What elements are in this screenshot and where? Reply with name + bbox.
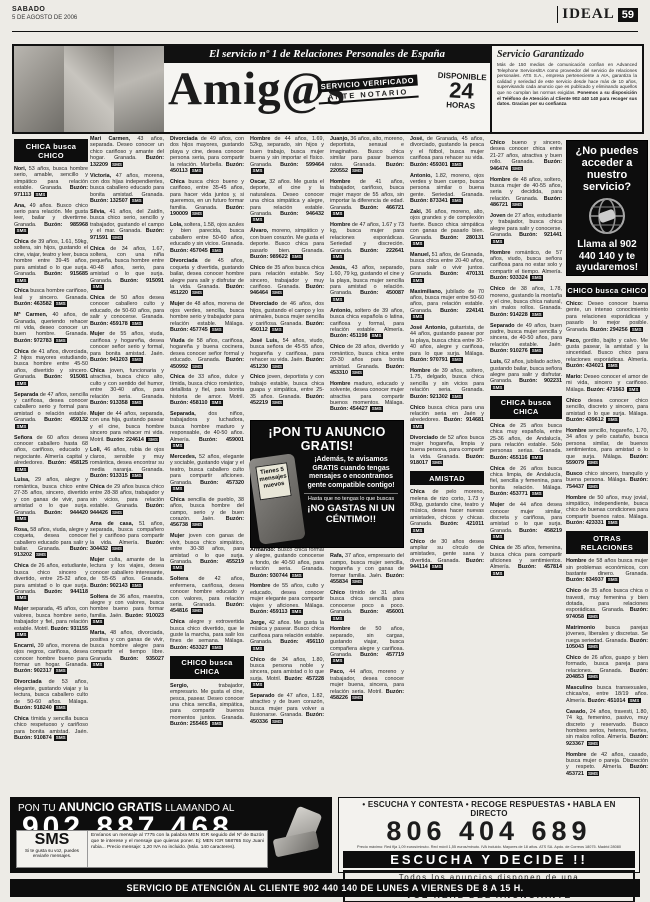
sms-badge: SMS [511, 166, 524, 172]
sms-badge: SMS [270, 327, 283, 333]
classified-ad: Chica de 26 años, estudiante, busca chic… [14, 563, 88, 601]
classified-ad: Juanjo, 36 años, alto, moreno, deportist… [330, 136, 404, 174]
classified-ad: Mujer de 55 años, viuda, cariñosa y hoga… [90, 331, 164, 363]
sms-badge: SMS [450, 394, 463, 400]
classified-ad: Hombre de 48 años, soltero, busca mujer … [490, 177, 562, 209]
sms-badge: SMS [130, 321, 143, 327]
classified-ad: Lola, soltera, 1.58, ojos azules y bien … [170, 222, 244, 254]
classified-ad: Ama de casa, 51 años, separada, busca co… [90, 521, 164, 553]
classified-ad: Loli, 46 años, rubia de ojos claros, sen… [90, 447, 164, 479]
classified-ad: Divorciado de 52 años busca mujer hogare… [410, 435, 484, 467]
classified-ad: Victoria, 47 años, morena, con dos hijas… [90, 173, 164, 205]
section-header: OTRAS RELACIONES [566, 531, 648, 554]
sms-badge: SMS [491, 534, 504, 540]
classified-ad: Mª Carmen, 40 años, de Granada, queriend… [14, 312, 88, 344]
sms-badge: SMS [511, 202, 524, 208]
classified-ad: Luisa, 29 años, alegre y romántica, busc… [14, 477, 88, 522]
classified-ad: Álvaro, moreno, simpático y con buen cor… [250, 228, 324, 260]
sms-badge: SMS [210, 327, 223, 333]
classified-ad: Divorciada de 45 años, coqueta y diverti… [170, 258, 244, 296]
sms-badge: SMS [251, 646, 264, 652]
classified-ad: Mujer de 44 años, separada, con una hija… [90, 411, 164, 443]
sms-badge: SMS [15, 595, 28, 601]
sms-badge: SMS [630, 327, 643, 333]
classified-ad: Chica de 41 años, divorciada, 2 hijos ma… [14, 349, 88, 387]
classified-ad: Rosa, 58 años, viuda, alegre y coqueta, … [14, 527, 88, 559]
section-header: CHICO busca CHICO [566, 283, 648, 297]
classified-ad: Chica de 35 años, femenina, busca chica … [490, 545, 562, 577]
sms-badge: SMS [15, 381, 28, 387]
classified-ad: Mujer de 44 años desea conocer mujer sim… [490, 502, 562, 540]
classified-ad: Chico bueno y sincero, desea conocer chi… [490, 140, 562, 172]
sms-badge: SMS [271, 290, 284, 296]
listen-line-phone-number: 806 404 689 [343, 818, 635, 844]
classified-ad: Hombre de 42 años, casado, busca mujer o… [566, 752, 648, 778]
free-ad-promo-text: ¡Además, te avisamos GRATIS cuando tenga… [304, 456, 398, 490]
classified-ad: Chica tímida y sencilla busca chico resp… [14, 716, 88, 742]
sms-badge: SMS [587, 614, 600, 620]
classified-ad: Mario: Deseo conocer el amor de mi vida,… [566, 374, 648, 393]
sms-badge: SMS [210, 248, 223, 254]
sms-badge: SMS [191, 364, 204, 370]
classified-ad: Manuel, 51 años, de Granada, busca chica… [410, 252, 484, 284]
sms-badge: SMS [15, 278, 28, 284]
classified-ad: Chico de 30 años desea ampliar su círcul… [410, 539, 484, 571]
classified-ad: Masculino busca transexuales, chicas/os,… [566, 685, 648, 704]
sms-badge: SMS [411, 278, 424, 284]
sms-badge: SMS [171, 486, 184, 492]
classified-ad: Chica de 29 años busca chico entre 28-38… [90, 484, 164, 516]
sms-badge: SMS [54, 735, 67, 741]
classified-ad: Mercedes, 52 años, elegante y sociable, … [170, 454, 244, 492]
sms-badge: SMS [54, 338, 67, 344]
classified-ad: Casado, 24 años, travesti, 1.80, 74 kg, … [566, 709, 648, 747]
sms-badge: SMS [351, 168, 364, 174]
listen-line-banner: • ESCUCHA Y CONTESTA • RECOGE RESPUESTAS… [338, 797, 640, 873]
sms-badge: SMS [331, 616, 344, 622]
no-access-question: ¿No puedes acceder a nuestro servicio? [570, 145, 644, 193]
sms-badge: SMS [411, 314, 424, 320]
sms-badge: SMS [606, 577, 619, 583]
sms-badge: SMS [35, 552, 48, 558]
sms-badge: SMS [15, 424, 28, 430]
sms-badge: SMS [130, 583, 143, 589]
classified-ad: Mujer culta, amante de la lectura y los … [90, 557, 164, 589]
classified-ad: Divorciada de 49 años, con dos hijos may… [170, 136, 244, 174]
sms-badge: SMS [271, 719, 284, 725]
sms-badge: SMS [251, 682, 264, 688]
sms-badge: SMS [91, 619, 104, 625]
classified-ad: Hombre de 58 años busca mujer sin proble… [566, 558, 648, 584]
classified-ad: Hombre de 55 años, culto y educado, dese… [250, 583, 324, 615]
sms-badge: SMS [411, 241, 424, 247]
sms-badge: SMS [587, 460, 600, 466]
sms-badge: SMS [606, 417, 619, 423]
sms-badge: SMS [54, 301, 67, 307]
classified-ad: Chico busca chica para una relación seri… [410, 405, 484, 431]
classified-ad: Chico joven, deportista y con trabajo es… [250, 374, 324, 406]
sms-badge: SMS [210, 721, 223, 727]
mobile-phone-icon: Tienes 5 mensajes nuevos [248, 453, 306, 545]
no-cost-text: ¡NO GASTAS NI UN CÉNTIMO!! [304, 503, 398, 525]
classified-ad: Busco chico sincero, tranquilo y buena p… [566, 471, 648, 490]
sms-badge: SMS [130, 357, 143, 363]
classified-ad: Mujer separada, 45 años, con valores, bu… [14, 606, 88, 638]
sms-badge: SMS [130, 400, 143, 406]
sms-badge: SMS [587, 674, 600, 680]
classified-ad: Hombre de 50 años, muy jovial, simpático… [566, 495, 648, 527]
classified-ad: Chica busca hombre cariñoso, leal y sinc… [14, 288, 88, 307]
sms-badge: SMS [191, 522, 204, 528]
classified-ad: Chico de 35 años busca chica para relaci… [250, 265, 324, 297]
classified-ad: José Antonio, guitarrista, de 44 años, g… [410, 325, 484, 363]
place-ad-banner: PON TU ANUNCIO GRATIS LLAMANDO AL 902 88… [10, 797, 332, 873]
ads-column-6: José, de Granada, 45 años, divorciado, g… [410, 136, 484, 794]
classified-ad: Encarni, 39 años, morena de ojos negros,… [14, 643, 88, 675]
sms-badge: SMS [351, 370, 364, 376]
sms-badge: SMS [530, 275, 543, 281]
sms-badge: SMS [15, 632, 28, 638]
classified-ad: Chico de 26 años, guapo y bien formado, … [566, 655, 648, 681]
sms-sublabel: Si te gusta su voz, puedes enviarle mens… [17, 847, 87, 860]
classified-ad: José, de Granada, 45 años, divorciado, g… [410, 136, 484, 168]
sms-badge: SMS [370, 333, 383, 339]
classified-ad: Chica busca chico bueno y cariñoso, entr… [170, 179, 244, 217]
classified-ad: Chica de 25 años busca chica muy español… [490, 423, 562, 461]
classified-ad: Mujer de 48 años, morena de ojos verdes,… [170, 301, 244, 333]
sms-badge: SMS [271, 400, 284, 406]
classified-ad: Chica joven, funcionaria y atractiva, bu… [90, 368, 164, 406]
classified-ad: Divorciada de 53 años, elegante, gustand… [14, 679, 88, 711]
sms-badge: SMS [130, 198, 143, 204]
classified-ad: Chica de 50 años desea conocer caballero… [90, 295, 164, 327]
phone-screen-message: Tienes 5 mensajes nuevos [255, 462, 291, 500]
sms-badge: SMS [431, 460, 444, 466]
sms-badge: SMS [587, 771, 600, 777]
sms-badge: SMS [628, 698, 641, 704]
sms-badge: SMS [111, 162, 124, 168]
classified-ad: Chica de 34 años, 1.67, soltera, con una… [90, 246, 164, 291]
sms-badge: SMS [111, 546, 124, 552]
classified-ad: Chica sencilla de pueblo, 38 años, busca… [170, 497, 244, 529]
customer-service-bar: SERVICIO DE ATENCIÓN AL CLIENTE 902 440 … [10, 879, 640, 897]
no-access-cta: Llama al 902 440 140 y te ayudaremos! [570, 239, 644, 274]
sms-badge: SMS [54, 705, 67, 711]
classified-ad: Marta, 48 años, divorciada, positiva y c… [90, 630, 164, 668]
newspaper-page: SABADO 5 DE AGOSTO DE 2006 IDEAL 59 El s… [0, 0, 650, 902]
classified-ad: Antonio, 1.82, moreno, ojos verdes y bue… [410, 173, 484, 205]
section-header: CHICO busca CHICA [170, 656, 244, 679]
classified-ad: Chica de pelo moreno, melena de rizo cor… [410, 489, 484, 534]
classified-ad: Chico de 28 años, divertido y romántico,… [330, 344, 404, 376]
classified-ad: Viuda de 58 años, cariñosa, hogareña y b… [170, 338, 244, 370]
classified-ad: Chica de 33 años, dulce y tímida, busca … [170, 374, 244, 406]
classified-ad: Sergio, trabajador, empresario. Me gusta… [170, 683, 244, 728]
sms-badge: SMS [271, 364, 284, 370]
ads-column-2: Mari Carmen, 43 años, separada. Deseo co… [90, 136, 164, 794]
sms-badge: SMS [351, 579, 364, 585]
sms-badge: SMS [530, 348, 543, 354]
classified-ad: Armando: Busco chica formal y alegre, gu… [250, 547, 324, 579]
sms-label: SMS [17, 832, 87, 847]
classified-ad: Separada, dos niños, trabajadora y lucha… [170, 411, 244, 449]
classified-ad: Paco, 44 años, moreno y trabajador, dese… [330, 669, 404, 701]
classified-ad: Soltera de 42 años, enfermera, cariñosa,… [170, 576, 244, 614]
classified-ad: Rafa, 37 años, empresario del campo, bus… [330, 553, 404, 585]
sms-badge: SMS [606, 363, 619, 369]
sms-badge: SMS [331, 254, 344, 260]
sms-badge: SMS [111, 235, 124, 241]
sms-badge: SMS [290, 254, 303, 260]
sms-badge: SMS [331, 658, 344, 664]
sms-badge: SMS [411, 528, 424, 534]
classified-ad: Hombre de 44 años, 1.69, 52kg, separado,… [250, 136, 324, 174]
sms-badge: SMS [290, 609, 303, 615]
classified-ad: Chico de 34 años, 1.80, busca persona no… [250, 657, 324, 689]
sms-badge: SMS [491, 385, 504, 391]
classified-ad: Hombre de 39 años, soltero, 1.75, delgad… [410, 368, 484, 400]
sms-badge: SMS [34, 192, 47, 198]
classified-ad: Señora de 60 años desea conocer caballer… [14, 435, 88, 473]
sms-badge: SMS [530, 491, 543, 497]
sms-badge: SMS [450, 198, 463, 204]
classified-ad: Jesús, 43 años, separado, 1.60, 79 kg, g… [330, 265, 404, 303]
sms-badge: SMS [290, 573, 303, 579]
sms-badge: SMS [450, 357, 463, 363]
sms-badge: SMS [210, 400, 223, 406]
section-header: CHICA busca CHICO [14, 139, 88, 162]
classified-ad: Chica alegre y extrovertida busca chico … [170, 619, 244, 651]
classified-ad: Chico de 38 años, 1.78, moreno, gustando… [490, 286, 562, 318]
sms-badge: SMS [530, 312, 543, 318]
section-header: AMISTAD [410, 471, 484, 485]
sms-badge: SMS [491, 239, 504, 245]
sms-instructions: Envíanos un mensaje al 7775 con la palab… [88, 831, 267, 867]
sms-badge: SMS [15, 516, 28, 522]
classified-ad: Hombre de 41 años, trabajador, cariñoso,… [330, 179, 404, 217]
classified-ad: Separado de 47 años, 1.82, atractivo y d… [250, 693, 324, 725]
ads-column-7: Chico bueno y sincero, desea conocer chi… [490, 140, 562, 794]
classified-ad: Matrimonio busca parejas jóvenes, libera… [566, 625, 648, 651]
sms-badge: SMS [491, 571, 504, 577]
classified-ad: Maximiliano, jubilado de 70 años, busca … [410, 289, 484, 321]
classified-ad: Hombre romántico, de 57 años, viudo, bus… [490, 250, 562, 282]
classified-ad: Ana, 49 años. Busco chico serio para rel… [14, 203, 88, 235]
sms-badge: SMS [430, 564, 443, 570]
classified-ad: Chico desea conocer chico sencillo, disc… [566, 398, 648, 424]
sms-badge: SMS [331, 211, 344, 217]
sms-badge: SMS [587, 741, 600, 747]
free-ad-promo: ¡PON TU ANUNCIO GRATIS! Tienes 5 mensaje… [250, 420, 404, 548]
ads-column-1: CHICA busca CHICONori, 53 años, busca ho… [14, 136, 88, 794]
sms-badge: SMS [54, 668, 67, 674]
sms-badge: SMS [530, 455, 543, 461]
sms-info-box: SMS Si te gusta su voz, puedes enviarle … [16, 830, 268, 868]
sms-badge: SMS [370, 406, 383, 412]
sms-badge: SMS [191, 211, 204, 217]
free-ad-tagline: Hasta que no tengas lo que buscas [304, 493, 398, 502]
classified-ad: Paco, gordito, bajito y calvo. Me gusta … [566, 338, 648, 370]
sms-badge: SMS [15, 467, 28, 473]
sms-badge: SMS [91, 662, 104, 668]
sms-badge: SMS [191, 608, 204, 614]
sms-badge: SMS [606, 520, 619, 526]
sms-badge: SMS [450, 162, 463, 168]
classified-ad: Chico tímido de 31 años busca chica senc… [330, 590, 404, 622]
classified-ad: Luis, 62 años, jubilado activo, gustando… [490, 359, 562, 391]
sms-badge: SMS [191, 290, 204, 296]
classified-ad: Hombre maduro, educado y solvente, desea… [330, 381, 404, 413]
pricing-fine-print: Precio máximo: Red fija 1,09 euros/minut… [343, 845, 635, 849]
sms-badge: SMS [146, 437, 159, 443]
classified-ad: Chico de 35 años busca chica o travesti,… [566, 588, 648, 620]
flip-phone-icon [272, 809, 324, 865]
classified-ad: Soltera de 36 años, maestra, alegre y co… [90, 594, 164, 626]
classified-ad: Nori, 53 años, busca hombre serio, amabl… [14, 166, 88, 198]
classified-ad: Chico: Deseo conocer buena gente, un int… [566, 301, 648, 333]
sms-badge: SMS [171, 443, 184, 449]
classified-ad: Divorciado de 46 años, dos hijos, gustan… [250, 301, 324, 333]
sms-badge: SMS [111, 510, 124, 516]
sms-badge: SMS [587, 484, 600, 490]
sms-badge: SMS [15, 228, 28, 234]
classified-ad: Mari Carmen, 43 años, separada. Deseo co… [90, 136, 164, 168]
sms-badge: SMS [91, 284, 104, 290]
ads-column-3: Divorciada de 49 años, con dos hijos may… [170, 136, 244, 794]
classified-ad: Mujer joven con ganas de vivir, busca ch… [170, 533, 244, 571]
classified-ad: Hombre de 47 años, 1.67 y 73 kg, busca m… [330, 222, 404, 260]
sms-badge: SMS [331, 297, 344, 303]
sms-badge: SMS [130, 473, 143, 479]
listen-decide-bar: ESCUCHA Y DECIDE !! [343, 851, 635, 868]
sms-badge: SMS [251, 217, 264, 223]
section-header: CHICA busca CHICA [490, 396, 562, 419]
sms-badge: SMS [251, 168, 264, 174]
sms-badge: SMS [587, 644, 600, 650]
sms-badge: SMS [627, 387, 640, 393]
sms-badge: SMS [411, 424, 424, 430]
classified-ad: Separado de 49 años, buen padre, busca m… [490, 323, 562, 355]
classified-ad: Chica de 26 años busca chica limpia, de … [490, 466, 562, 498]
globe-phone-icon [587, 196, 627, 236]
classified-ad: Hombre de 50 años, separado, sin cargas,… [330, 626, 404, 664]
classified-ad: Silvia, 41 años, del Zaidín, busca chico… [90, 209, 164, 241]
classified-ad: Oscar, 32 años. Me gusta el deporte, el … [250, 179, 324, 224]
classified-ad: Joven de 27 años, estudiante y trabajado… [490, 213, 562, 245]
classified-ad: Zaki, 36 años, moreno, alto, ojos grande… [410, 209, 484, 247]
sms-badge: SMS [190, 168, 203, 174]
classified-ad: Jorge, 42 años. Me gusta la música y pas… [250, 620, 324, 652]
classified-ad: Antonio, soltero de 39 años, busca chica… [330, 308, 404, 340]
classified-ad: José Luis, 54 años, viudo, busca señora … [250, 338, 324, 370]
sms-badge: SMS [171, 565, 184, 571]
sms-badge: SMS [351, 695, 364, 701]
sms-badge: SMS [210, 645, 223, 651]
classified-ad: Separada de 47 años, sencilla y cariñosa… [14, 392, 88, 430]
classified-ad: Chica de 39 años, 1.61, 59kg, soltera, s… [14, 239, 88, 284]
no-access-promo: ¿No puedes acceder a nuestro servicio? L… [566, 140, 648, 276]
classified-ad: Hombre sencillo, hogareño, 1.70, 34 años… [566, 428, 648, 466]
free-ad-title: ¡PON TU ANUNCIO GRATIS! [256, 425, 398, 453]
